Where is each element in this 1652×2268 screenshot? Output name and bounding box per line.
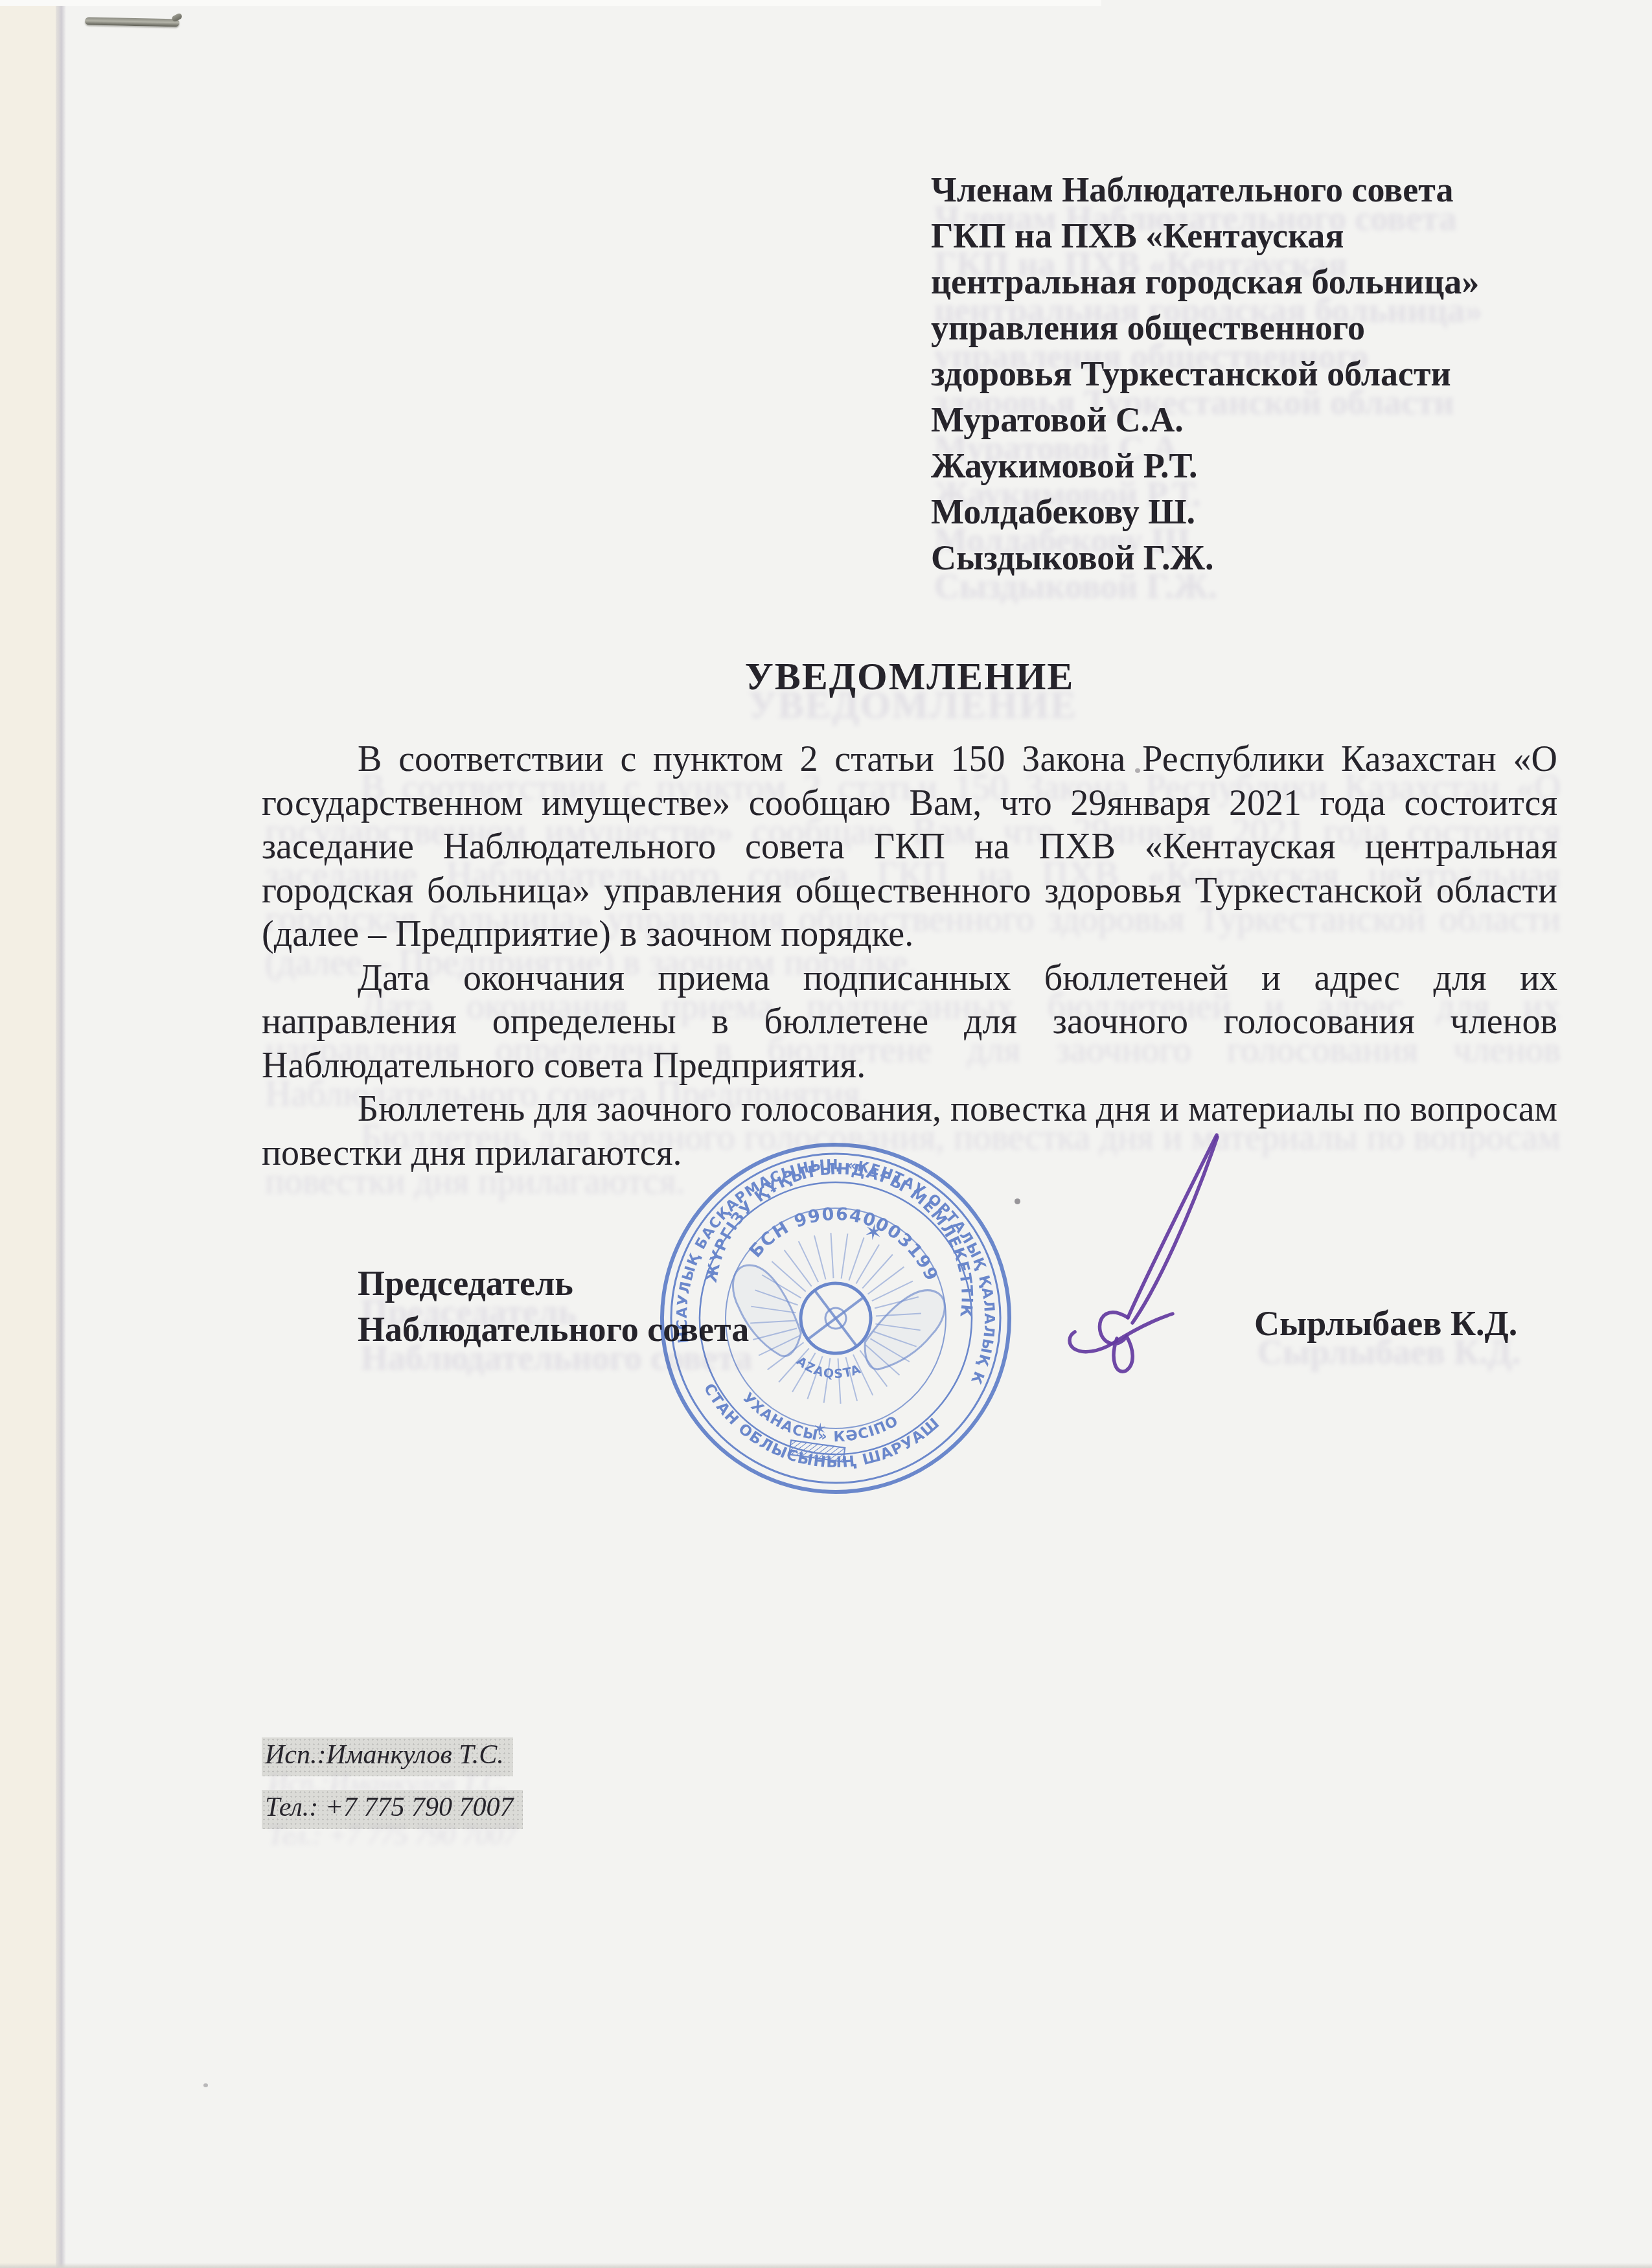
emblem-top-star-icon: ✶ (862, 1219, 885, 1247)
handwritten-signature (1011, 1101, 1270, 1399)
emblem-bottom-star-icon: ✶ (811, 1419, 829, 1441)
emblem-wing-right (862, 1283, 947, 1378)
signatory-name: Сырлыбаев К.Д. (1254, 1303, 1517, 1344)
recipient-line: Жаукимовой Р.Т. (931, 443, 1611, 489)
executor-footer: Исп.:Иманкулов Т.С. Тел.: +7 775 790 700… (262, 1739, 523, 1844)
paper-bottom-edge (0, 2263, 1652, 2268)
recipient-block: Членам Наблюдательного совета ГКП на ПХВ… (931, 167, 1611, 581)
ink-speck (203, 2083, 208, 2087)
executor-line: Исп.:Иманкулов Т.С. (262, 1739, 523, 1792)
official-stamp-seal: ҚОҒАМДЫҚ ДЕНСАУЛЫҚ БАСҚАРМАСЫНЫҢ «КЕНТАУ… (654, 1137, 1017, 1500)
staple-mark (85, 17, 179, 27)
body-text: В соответствии с пунктом 2 статьи 150 За… (262, 738, 1557, 1175)
emblem-wing-left (724, 1263, 809, 1358)
scanned-letter-page: Членам Наблюдательного совета ГКП на ПХВ… (0, 0, 1652, 2268)
body-paragraph: В соответствии с пунктом 2 статьи 150 За… (262, 738, 1557, 957)
document-title: УВЕДОМЛЕНИЕ (262, 656, 1557, 697)
scanner-edge-strip (0, 0, 56, 2268)
recipient-line: центральная городская больница» (931, 259, 1611, 305)
recipient-line: Членам Наблюдательного совета (931, 167, 1611, 213)
recipient-line: Молдабекову Ш. (931, 489, 1611, 535)
recipient-line: ГКП на ПХВ «Кентауская (931, 213, 1611, 259)
scanner-top-edge (0, 0, 1101, 6)
stamp-artwork: ҚОҒАМДЫҚ ДЕНСАУЛЫҚ БАСҚАРМАСЫНЫҢ «КЕНТАУ… (654, 1137, 1017, 1500)
executor-phone: Тел.: +7 775 790 7007 (262, 1790, 523, 1829)
phone-line: Тел.: +7 775 790 7007 (262, 1792, 523, 1844)
recipient-line: здоровья Туркестанской области (931, 351, 1611, 397)
body-paragraph: Дата окончания приема подписанных бюллет… (262, 957, 1557, 1088)
recipient-line: Муратовой С.А. (931, 397, 1611, 443)
executor-name: Исп.:Иманкулов Т.С. (262, 1737, 513, 1776)
recipient-line: управления общественного (931, 305, 1611, 351)
recipient-line: Сыздыковой Г.Ж. (931, 535, 1611, 581)
paper-edge-seam (56, 0, 66, 2268)
